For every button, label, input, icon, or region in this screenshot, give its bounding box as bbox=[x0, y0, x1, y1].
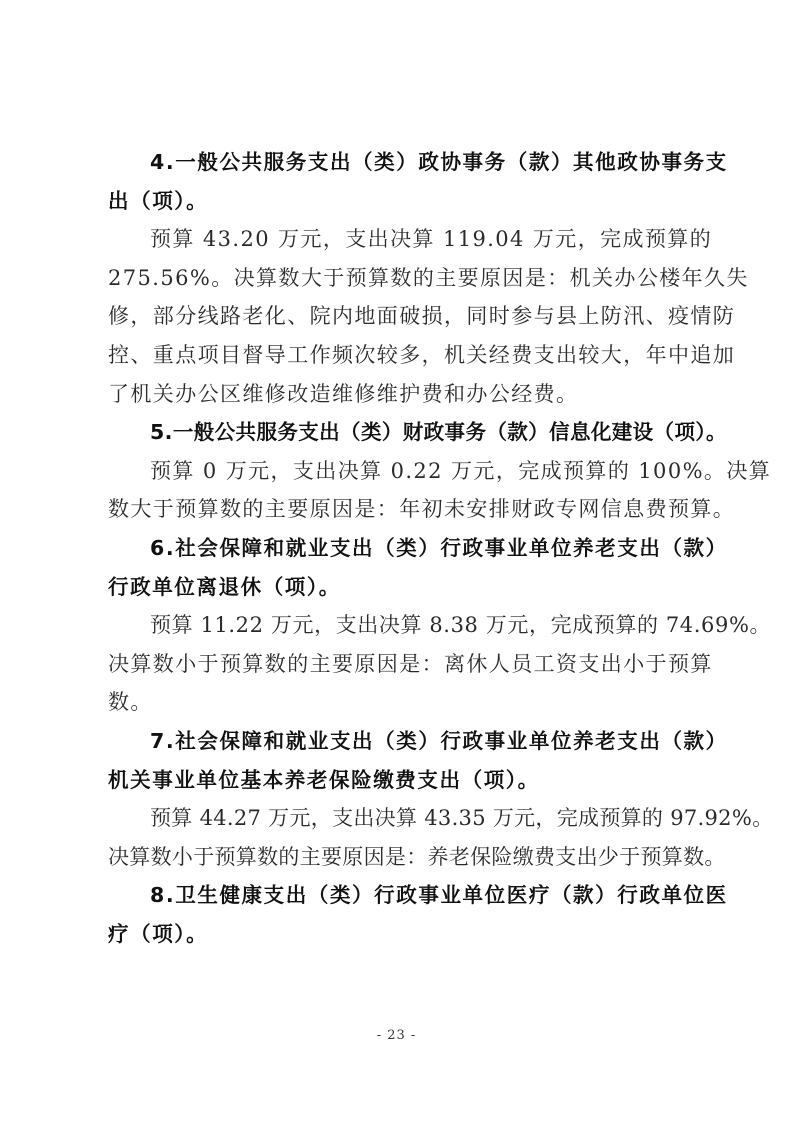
section-heading-continued: 疗（项）。 bbox=[108, 915, 698, 954]
section-heading: 5.一般公共服务支出（类）财政事务（款）信息化建设（项）。 bbox=[108, 413, 698, 452]
page-number: - 23 - bbox=[0, 1028, 793, 1043]
section-6: 6.社会保障和就业支出（类）行政事业单位养老支出（款） 行政单位离退休（项）。 … bbox=[108, 529, 698, 722]
paragraph-line: 了机关办公区维修改造维修维护费和办公经费。 bbox=[108, 375, 698, 414]
paragraph-line: 数。 bbox=[108, 683, 698, 722]
paragraph-line: 决算数小于预算数的主要原因是：离休人员工资支出小于预算 bbox=[108, 645, 698, 684]
section-heading-continued: 出（项）。 bbox=[108, 182, 698, 221]
section-7: 7.社会保障和就业支出（类）行政事业单位养老支出（款） 机关事业单位基本养老保险… bbox=[108, 722, 698, 876]
section-heading-continued: 机关事业单位基本养老保险缴费支出（项）。 bbox=[108, 761, 698, 800]
section-4: 4.一般公共服务支出（类）政协事务（款）其他政协事务支 出（项）。 预算 43.… bbox=[108, 143, 698, 413]
paragraph-line: 275.56%。决算数大于预算数的主要原因是：机关办公楼年久失 bbox=[108, 259, 698, 298]
paragraph-line: 修，部分线路老化、院内地面破损，同时参与县上防汛、疫情防 bbox=[108, 297, 698, 336]
paragraph-line: 决算数小于预算数的主要原因是：养老保险缴费支出少于预算数。 bbox=[108, 838, 698, 877]
section-8: 8.卫生健康支出（类）行政事业单位医疗（款）行政单位医 疗（项）。 bbox=[108, 876, 698, 953]
paragraph-line: 预算 44.27 万元，支出决算 43.35 万元，完成预算的 97.92%。 bbox=[108, 799, 698, 838]
paragraph-line: 数大于预算数的主要原因是：年初未安排财政专网信息费预算。 bbox=[108, 490, 698, 529]
section-heading-continued: 行政单位离退休（项）。 bbox=[108, 568, 698, 607]
section-heading: 6.社会保障和就业支出（类）行政事业单位养老支出（款） bbox=[108, 529, 698, 568]
paragraph-line: 预算 43.20 万元，支出决算 119.04 万元，完成预算的 bbox=[108, 220, 698, 259]
paragraph-line: 预算 0 万元，支出决算 0.22 万元，完成预算的 100%。决算 bbox=[108, 452, 698, 491]
document-page: 4.一般公共服务支出（类）政协事务（款）其他政协事务支 出（项）。 预算 43.… bbox=[108, 143, 698, 953]
section-heading: 8.卫生健康支出（类）行政事业单位医疗（款）行政单位医 bbox=[108, 876, 698, 915]
paragraph-line: 控、重点项目督导工作频次较多，机关经费支出较大，年中追加 bbox=[108, 336, 698, 375]
section-heading: 7.社会保障和就业支出（类）行政事业单位养老支出（款） bbox=[108, 722, 698, 761]
section-5: 5.一般公共服务支出（类）财政事务（款）信息化建设（项）。 预算 0 万元，支出… bbox=[108, 413, 698, 529]
section-heading: 4.一般公共服务支出（类）政协事务（款）其他政协事务支 bbox=[108, 143, 698, 182]
paragraph-line: 预算 11.22 万元，支出决算 8.38 万元，完成预算的 74.69%。 bbox=[108, 606, 698, 645]
